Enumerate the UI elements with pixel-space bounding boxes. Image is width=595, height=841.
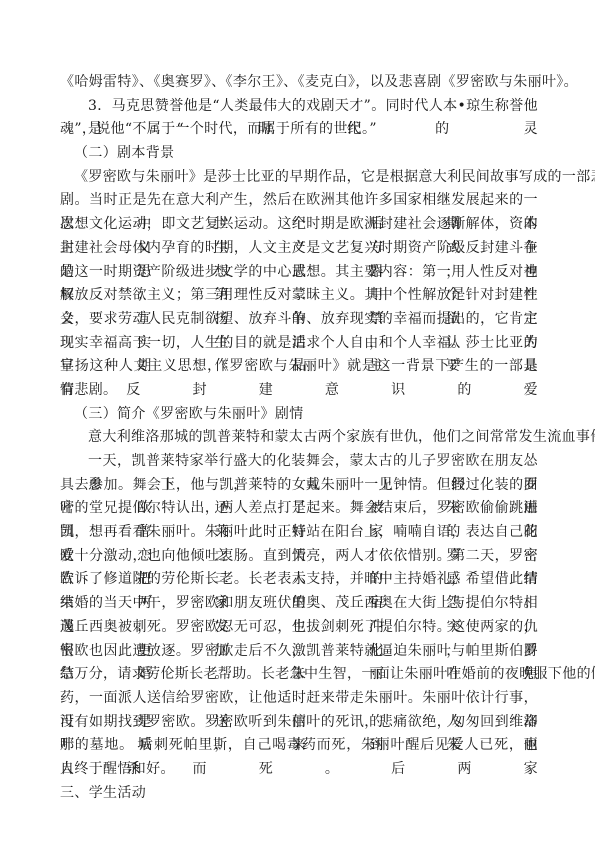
text-line: 茂丘西奥被刺死。罗密欧忍无可忍，也拔剑刺死了提伯尔特。这使两家的仇恨更加激化，罗	[60, 616, 538, 640]
text-line: 宣扬这种人文主义思想，《罗密欧与朱丽叶》就是这一背景下产生的一部具有反封建意识的…	[60, 355, 538, 379]
text-line: 《哈姆雷特》、《奥赛罗》、《李尔王》、《麦克白》，以及悲喜剧《罗密欧与朱丽叶》。	[60, 71, 538, 95]
text-line: 义，要求劳动人民克制欲望、放弃斗争、放弃现实的幸福而提出的，它肯定现实生活，认为	[60, 308, 538, 332]
text-line: 密欧也因此遭放逐。罗密欧走后不久，凯普莱特就逼迫朱丽叶与帕里斯伯爵结婚。朱丽叶焦	[60, 640, 538, 664]
text-line: 封建社会母体内孕育的时期，人文主义是文艺复兴时期资产阶级反封建斗争的思想武器，也	[60, 237, 538, 261]
text-line: 药，一面派人送信给罗密欧，让他适时赶来带走朱丽叶。朱丽叶依计行事，可是送信的人却	[60, 687, 538, 711]
text-line: 《罗密欧与朱丽叶》是莎士比亚的早期作品，它是根据意大利民间故事写成的一部悲	[60, 166, 538, 190]
document-page: 《哈姆雷特》、《奥赛罗》、《李尔王》、《麦克白》，以及悲喜剧《罗密欧与朱丽叶》。…	[60, 71, 538, 805]
text-line: 园，想再看看朱丽叶。朱丽叶此时正好站在阳台上，喃喃自语，表达自己的爱恋之情。罗密	[60, 521, 538, 545]
text-line: 具去参加。舞会上，他与凯普莱特的女儿朱丽叶一见钟情。但经过化装的罗密欧还是被朱丽	[60, 474, 538, 498]
text-line: 一天，凯普莱特家举行盛大的化装舞会，蒙太古的儿子罗密欧在朋友怂恿下，戴上假面	[60, 450, 538, 474]
text-line: 3．马克思赞誉他是“人类最伟大的戏剧天才”。同时代人本•琼生称誉他是“时代的灵	[60, 95, 538, 119]
text-line: 没有如期找到罗密欧。罗密欧听到朱丽叶的死讯，悲痛欲绝，匆匆回到维洛那城，来到朱丽	[60, 711, 538, 735]
text-line: 解放反对禁欲主义；第三用理性反对蒙昧主义。其中个性解放是针对封建社会宣扬的禁欲主	[60, 284, 538, 308]
text-line: 欧十分激动，也向他倾吐衷肠。直到天亮，两人才依依惜别。第二天，罗密欧把二人的感情	[60, 545, 538, 569]
section-heading-script-background: （二）剧本背景	[60, 142, 538, 166]
text-line: 急万分，请求劳伦斯长老帮助。长老急中生智，一面让朱丽叶在婚前的夜晚服下他的假死	[60, 663, 538, 687]
text-line: 是这一时期资产阶级进步文学的中心思想。其主要内容：第一用人性反对神权；第二用个性	[60, 261, 538, 285]
text-line: 意大利维洛那城的凯普莱特和蒙太古两个家族有世仇，他们之间常常发生流血事件。	[60, 426, 538, 450]
section-heading-plot-summary: （三）简介《罗密欧与朱丽叶》剧情	[60, 403, 538, 427]
section-heading-student-activities: 三、学生活动	[60, 782, 538, 806]
text-line: 结婚的当天中午，罗密欧和朋友班伏里奥、茂丘西奥在大街上与提伯尔特相遇，发生冲突，	[60, 592, 538, 616]
text-line: 思想文化运动，即文艺复兴运动。这个时期是欧洲封建社会逐渐解体，资本主义生产方式在	[60, 213, 538, 237]
text-line: 现实幸福高于一切，人生的目的就是追求个人自由和个人幸福。莎士比亚的早期作品主要是	[60, 332, 538, 356]
text-line: 叶的堂兄提伯尔特认出，两人差点打了起来。舞会结束后，罗密欧偷偷跳进凯普莱特家的花	[60, 497, 538, 521]
text-line: 剧。当时正是先在意大利产生，然后在欧洲其他许多国家相继发展起来的一次中世纪后期的	[60, 189, 538, 213]
text-line: 告诉了修道院的劳伦斯长老。长老表示支持，并暗中主持婚礼，希望借此结束两家的宿怨。	[60, 568, 538, 592]
text-line: 叶的墓地。 后刺死帕里斯，自己喝毒药而死，朱丽叶醒后见爱人已死，也自杀而死。后两…	[60, 734, 538, 758]
